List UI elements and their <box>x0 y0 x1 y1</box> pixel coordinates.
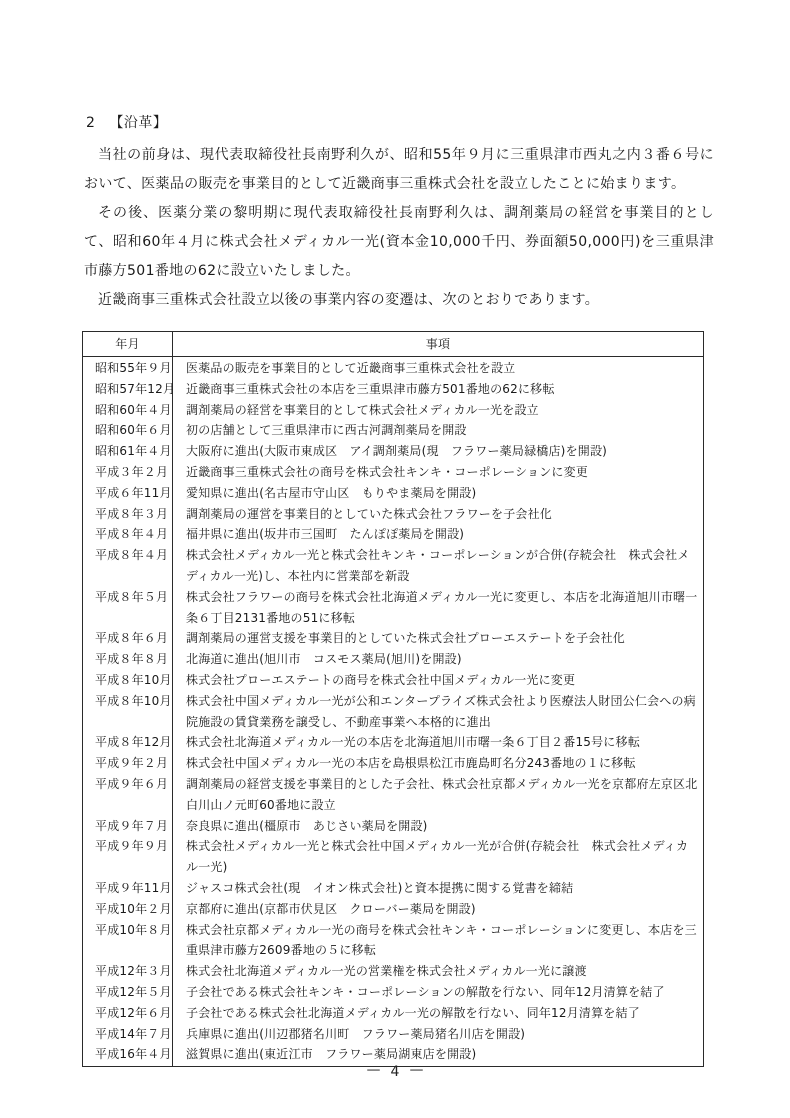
row-event: 株式会社フラワーの商号を株式会社北海道メディカル一光に変更し、本店を北海道旭川市… <box>173 587 704 629</box>
table-row: 平成９年11月ジャスコ株式会社(現 イオン株式会社)と資本提携に関する覚書を締結 <box>83 878 704 899</box>
table-row: 平成８年８月北海道に進出(旭川市 コスモス薬局(旭川)を開設) <box>83 649 704 670</box>
table-row: 平成10年８月株式会社京都メディカル一光の商号を株式会社キンキ・コーポレーション… <box>83 920 704 962</box>
row-event: 調剤薬局の運営支援を事業目的としていた株式会社プローエステートを子会社化 <box>173 628 704 649</box>
row-event: 調剤薬局の経営を事業目的として株式会社メディカル一光を設立 <box>173 400 704 421</box>
row-event: 株式会社メディカル一光と株式会社中国メディカル一光が合併(存続会社 株式会社メデ… <box>173 836 704 878</box>
page-number: 4 <box>391 1064 400 1080</box>
row-event: 大阪府に進出(大阪市東成区 アイ調剤薬局(現 フラワー薬局緑橋店)を開設) <box>173 441 704 462</box>
table-row: 平成８年12月株式会社北海道メディカル一光の本店を北海道旭川市曙一条６丁目２番1… <box>83 732 704 753</box>
row-date: 平成12年５月 <box>83 982 173 1003</box>
row-event: 株式会社中国メディカル一光が公和エンタープライズ株式会社より医療法人財団公仁会へ… <box>173 691 704 733</box>
table-row: 平成８年６月調剤薬局の運営支援を事業目的としていた株式会社プローエステートを子会… <box>83 628 704 649</box>
table-row: 平成12年６月子会社である株式会社北海道メディカル一光の解散を行ない、同年12月… <box>83 1003 704 1024</box>
row-event: 調剤薬局の運営を事業目的としていた株式会社フラワーを子会社化 <box>173 504 704 525</box>
table-row: 平成12年５月子会社である株式会社キンキ・コーポレーションの解散を行ない、同年1… <box>83 982 704 1003</box>
row-event: 株式会社北海道メディカル一光の営業権を株式会社メディカル一光に譲渡 <box>173 961 704 982</box>
row-event: 近畿商事三重株式会社の商号を株式会社キンキ・コーポレーションに変更 <box>173 462 704 483</box>
row-date: 平成８年12月 <box>83 732 173 753</box>
table-row: 平成８年３月調剤薬局の運営を事業目的としていた株式会社フラワーを子会社化 <box>83 504 704 525</box>
row-date: 昭和60年４月 <box>83 400 173 421</box>
row-date: 昭和61年４月 <box>83 441 173 462</box>
row-date: 平成12年３月 <box>83 961 173 982</box>
row-event: 医薬品の販売を事業目的として近畿商事三重株式会社を設立 <box>173 357 704 379</box>
paragraph: その後、医薬分業の黎明期に現代表取締役社長南野利久は、調剤薬局の経営を事業目的と… <box>84 199 714 286</box>
row-date: 平成８年５月 <box>83 587 173 629</box>
row-date: 平成９年６月 <box>83 774 173 816</box>
table-row: 平成８年４月株式会社メディカル一光と株式会社キンキ・コーポレーションが合併(存続… <box>83 545 704 587</box>
table-header-row: 年月 事項 <box>83 332 704 357</box>
paragraph: 当社の前身は、現代表取締役社長南野利久が、昭和55年９月に三重県津市西丸之内３番… <box>84 141 714 199</box>
section-number: 2 <box>86 115 95 131</box>
row-event: 調剤薬局の経営支援を事業目的とした子会社、株式会社京都メディカル一光を京都府左京… <box>173 774 704 816</box>
row-date: 平成９年２月 <box>83 753 173 774</box>
row-date: 平成８年４月 <box>83 545 173 587</box>
row-event: 北海道に進出(旭川市 コスモス薬局(旭川)を開設) <box>173 649 704 670</box>
paragraph: 近畿商事三重株式会社設立以後の事業内容の変遷は、次のとおりであります。 <box>84 286 714 315</box>
table-row: 平成９年６月調剤薬局の経営支援を事業目的とした子会社、株式会社京都メディカル一光… <box>83 774 704 816</box>
table-row: 平成12年３月株式会社北海道メディカル一光の営業権を株式会社メディカル一光に譲渡 <box>83 961 704 982</box>
column-header-event: 事項 <box>173 332 704 357</box>
row-date: 昭和60年６月 <box>83 420 173 441</box>
row-event: 株式会社京都メディカル一光の商号を株式会社キンキ・コーポレーションに変更し、本店… <box>173 920 704 962</box>
table-row: 平成３年２月近畿商事三重株式会社の商号を株式会社キンキ・コーポレーションに変更 <box>83 462 704 483</box>
row-event: 株式会社プローエステートの商号を株式会社中国メディカル一光に変更 <box>173 670 704 691</box>
row-event: 株式会社メディカル一光と株式会社キンキ・コーポレーションが合併(存続会社 株式会… <box>173 545 704 587</box>
page-footer: —4— <box>0 1064 790 1080</box>
table-row: 平成14年７月兵庫県に進出(川辺郡猪名川町 フラワー薬局猪名川店を開設) <box>83 1024 704 1045</box>
table-row: 平成９年７月奈良県に進出(橿原市 あじさい薬局を開設) <box>83 816 704 837</box>
row-date: 平成６年11月 <box>83 483 173 504</box>
column-header-date: 年月 <box>83 332 173 357</box>
row-date: 平成10年２月 <box>83 899 173 920</box>
table-row: 平成６年11月愛知県に進出(名古屋市守山区 もりやま薬局を開設) <box>83 483 704 504</box>
table-row: 平成９年９月株式会社メディカル一光と株式会社中国メディカル一光が合併(存続会社 … <box>83 836 704 878</box>
row-date: 平成８年６月 <box>83 628 173 649</box>
table-row: 昭和60年６月初の店舗として三重県津市に西古河調剤薬局を開設 <box>83 420 704 441</box>
row-event: 子会社である株式会社キンキ・コーポレーションの解散を行ない、同年12月清算を結了 <box>173 982 704 1003</box>
row-date: 平成８年10月 <box>83 670 173 691</box>
table-row: 平成８年10月株式会社中国メディカル一光が公和エンタープライズ株式会社より医療法… <box>83 691 704 733</box>
row-event: 福井県に進出(坂井市三国町 たんぽぽ薬局を開設) <box>173 524 704 545</box>
intro-paragraphs: 当社の前身は、現代表取締役社長南野利久が、昭和55年９月に三重県津市西丸之内３番… <box>84 141 714 315</box>
row-date: 平成８年３月 <box>83 504 173 525</box>
row-event: 近畿商事三重株式会社の本店を三重県津市藤方501番地の62に移転 <box>173 379 704 400</box>
table-row: 平成10年２月京都府に進出(京都市伏見区 クローバー薬局を開設) <box>83 899 704 920</box>
row-event: 奈良県に進出(橿原市 あじさい薬局を開設) <box>173 816 704 837</box>
table-row: 昭和57年12月近畿商事三重株式会社の本店を三重県津市藤方501番地の62に移転 <box>83 379 704 400</box>
row-date: 平成９年９月 <box>83 836 173 878</box>
table-row: 昭和60年４月調剤薬局の経営を事業目的として株式会社メディカル一光を設立 <box>83 400 704 421</box>
row-date: 平成14年７月 <box>83 1024 173 1045</box>
table-row: 昭和55年９月医薬品の販売を事業目的として近畿商事三重株式会社を設立 <box>83 357 704 379</box>
row-event: 初の店舗として三重県津市に西古河調剤薬局を開設 <box>173 420 704 441</box>
row-event: 兵庫県に進出(川辺郡猪名川町 フラワー薬局猪名川店を開設) <box>173 1024 704 1045</box>
row-date: 平成10年８月 <box>83 920 173 962</box>
section-heading: 2【沿革】 <box>86 113 712 133</box>
row-date: 昭和57年12月 <box>83 379 173 400</box>
row-date: 平成９年７月 <box>83 816 173 837</box>
row-date: 平成９年11月 <box>83 878 173 899</box>
row-date: 昭和55年９月 <box>83 357 173 379</box>
footer-dash-left: — <box>367 1062 381 1078</box>
row-date: 平成12年６月 <box>83 1003 173 1024</box>
table-row: 平成８年４月福井県に進出(坂井市三国町 たんぽぽ薬局を開設) <box>83 524 704 545</box>
row-event: ジャスコ株式会社(現 イオン株式会社)と資本提携に関する覚書を締結 <box>173 878 704 899</box>
row-event: 子会社である株式会社北海道メディカル一光の解散を行ない、同年12月清算を結了 <box>173 1003 704 1024</box>
document-page: 2【沿革】 当社の前身は、現代表取締役社長南野利久が、昭和55年９月に三重県津市… <box>0 0 790 1118</box>
table-row: 昭和61年４月大阪府に進出(大阪市東成区 アイ調剤薬局(現 フラワー薬局緑橋店)… <box>83 441 704 462</box>
row-event: 株式会社中国メディカル一光の本店を島根県松江市鹿島町名分243番地の１に移転 <box>173 753 704 774</box>
table-row: 平成８年５月株式会社フラワーの商号を株式会社北海道メディカル一光に変更し、本店を… <box>83 587 704 629</box>
row-date: 平成８年４月 <box>83 524 173 545</box>
row-event: 株式会社北海道メディカル一光の本店を北海道旭川市曙一条６丁目２番15号に移転 <box>173 732 704 753</box>
row-event: 京都府に進出(京都市伏見区 クローバー薬局を開設) <box>173 899 704 920</box>
section-title: 【沿革】 <box>109 115 167 131</box>
footer-dash-right: — <box>409 1062 423 1078</box>
company-history-table: 年月 事項 昭和55年９月医薬品の販売を事業目的として近畿商事三重株式会社を設立… <box>82 331 704 1067</box>
row-date: 平成３年２月 <box>83 462 173 483</box>
row-date: 平成８年８月 <box>83 649 173 670</box>
row-date: 平成８年10月 <box>83 691 173 733</box>
table-row: 平成９年２月株式会社中国メディカル一光の本店を島根県松江市鹿島町名分243番地の… <box>83 753 704 774</box>
table-row: 平成８年10月株式会社プローエステートの商号を株式会社中国メディカル一光に変更 <box>83 670 704 691</box>
row-event: 愛知県に進出(名古屋市守山区 もりやま薬局を開設) <box>173 483 704 504</box>
